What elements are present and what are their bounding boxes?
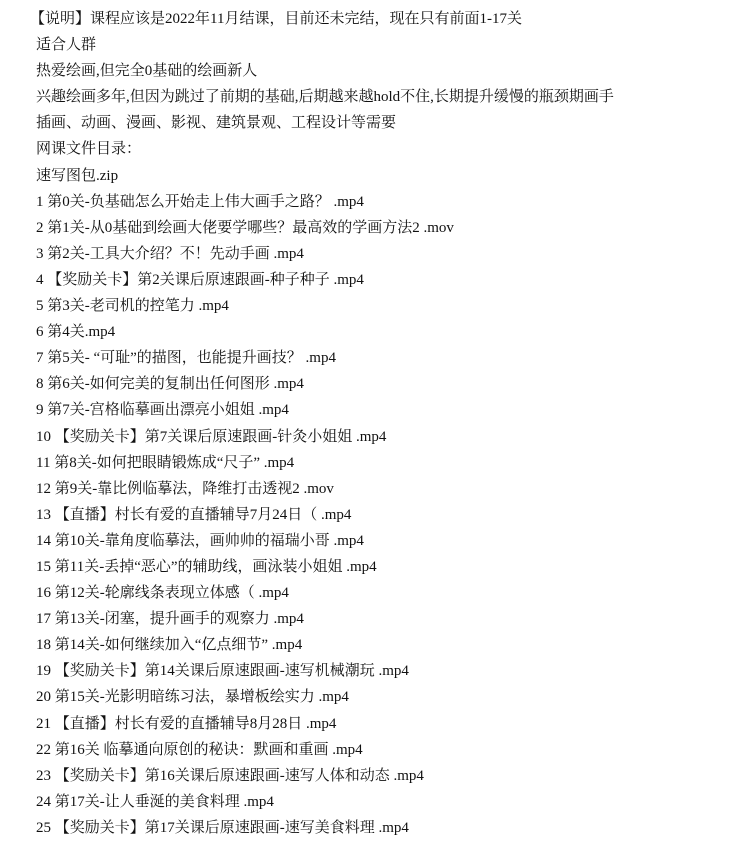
file-item: 5 第3关-老司机的控笔力 .mp4 <box>36 293 614 319</box>
audience-heading: 适合人群 <box>36 32 614 58</box>
document-body: 【说明】课程应该是2022年11月结课，目前还未完结，现在只有前面1-17关 适… <box>36 6 614 841</box>
file-item: 21 【直播】村长有爱的直播辅导8月28日 .mp4 <box>36 711 614 737</box>
audience-item: 热爱绘画,但完全0基础的绘画新人 <box>36 58 614 84</box>
file-item: 22 第16关 临摹通向原创的秘诀：默画和重画 .mp4 <box>36 737 614 763</box>
file-item: 7 第5关- “可耻”的描图，也能提升画技？ .mp4 <box>36 345 614 371</box>
file-item: 25 【奖励关卡】第17关课后原速跟画-速写美食料理 .mp4 <box>36 815 614 841</box>
audience-item: 兴趣绘画多年,但因为跳过了前期的基础,后期越来越hold不住,长期提升缓慢的瓶颈… <box>36 84 614 110</box>
file-item: 23 【奖励关卡】第16关课后原速跟画-速写人体和动态 .mp4 <box>36 763 614 789</box>
file-item: 6 第4关.mp4 <box>36 319 614 345</box>
file-item: 15 第11关-丢掉“恶心”的辅助线，画泳装小姐姐 .mp4 <box>36 554 614 580</box>
file-item: 9 第7关-宫格临摹画出漂亮小姐姐 .mp4 <box>36 397 614 423</box>
file-item: 17 第13关-闭塞，提升画手的观察力 .mp4 <box>36 606 614 632</box>
file-item: 16 第12关-轮廓线条表现立体感（ .mp4 <box>36 580 614 606</box>
file-item: 8 第6关-如何完美的复制出任何图形 .mp4 <box>36 371 614 397</box>
file-item: 4 【奖励关卡】第2关课后原速跟画-种子种子 .mp4 <box>36 267 614 293</box>
file-item: 20 第15关-光影明暗练习法，暴增板绘实力 .mp4 <box>36 684 614 710</box>
audience-item: 插画、动画、漫画、影视、建筑景观、工程设计等需要 <box>36 110 614 136</box>
file-item: 2 第1关-从0基础到绘画大佬要学哪些？最高效的学画方法2 .mov <box>36 215 614 241</box>
file-item: 11 第8关-如何把眼睛锻炼成“尺子” .mp4 <box>36 450 614 476</box>
file-item: 速写图包.zip <box>36 163 614 189</box>
file-item: 18 第14关-如何继续加入“亿点细节” .mp4 <box>36 632 614 658</box>
file-item: 14 第10关-靠角度临摹法，画帅帅的福瑞小哥 .mp4 <box>36 528 614 554</box>
file-item: 10 【奖励关卡】第7关课后原速跟画-针灸小姐姐 .mp4 <box>36 424 614 450</box>
file-item: 24 第17关-让人垂涎的美食料理 .mp4 <box>36 789 614 815</box>
file-item: 12 第9关-靠比例临摹法，降维打击透视2 .mov <box>36 476 614 502</box>
file-item: 19 【奖励关卡】第14关课后原速跟画-速写机械潮玩 .mp4 <box>36 658 614 684</box>
file-item: 13 【直播】村长有爱的直播辅导7月24日（ .mp4 <box>36 502 614 528</box>
notice-line: 【说明】课程应该是2022年11月结课，目前还未完结，现在只有前面1-17关 <box>30 6 614 32</box>
file-item: 3 第2关-工具大介绍？不！先动手画 .mp4 <box>36 241 614 267</box>
file-list-heading: 网课文件目录： <box>36 136 614 162</box>
file-item: 1 第0关-负基础怎么开始走上伟大画手之路？ .mp4 <box>36 189 614 215</box>
